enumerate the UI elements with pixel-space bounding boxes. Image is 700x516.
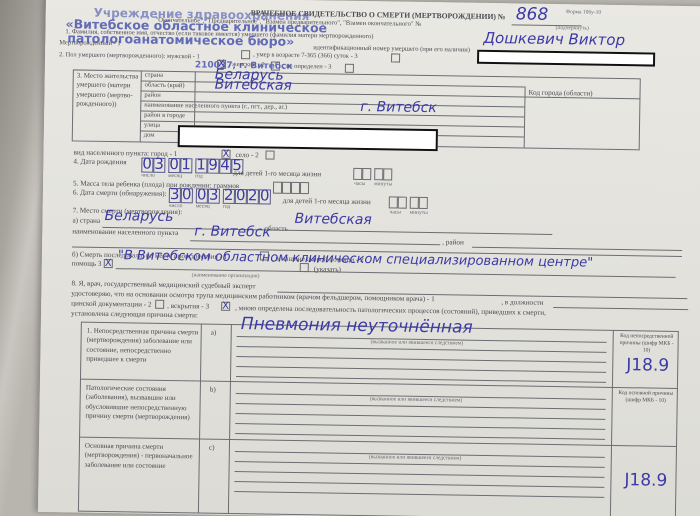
death-minutes-box-2[interactable] — [419, 197, 428, 209]
residence-row-label-1: область (край) — [145, 83, 185, 90]
residence-row-label-4: район в городе — [144, 113, 185, 120]
stillborn-label: Мертворожденный - 1 — [59, 40, 120, 47]
death-settlement-value: г. Витебск — [194, 224, 271, 239]
death-hours-box-2[interactable] — [398, 197, 407, 209]
birth-minutes-box-1[interactable] — [374, 168, 383, 180]
death-infant-label: для детей 1-го месяца жизни — [283, 198, 371, 207]
birth-date-digit-box[interactable]: 1 — [180, 158, 192, 173]
residence-section-label: 3. Место жительства умершего (матери уме… — [76, 71, 139, 110]
birth-date-digit-box[interactable]: 9 — [207, 159, 219, 174]
cause-code-label-1: Код основной причины (шифр МКБ - 10) — [615, 390, 677, 405]
birth-date-sub-label: число — [141, 174, 155, 180]
certificate-number: 868 — [516, 6, 549, 24]
death-date-digit-box[interactable]: 2 — [247, 189, 259, 204]
residence-row-label-2: район — [144, 93, 160, 100]
death-country-label: а) страна — [72, 217, 100, 225]
birth-minutes-box-2[interactable] — [383, 168, 392, 180]
mass-box-2[interactable] — [282, 182, 291, 194]
cause-letter-2: c) — [209, 445, 215, 452]
birth-date-digit: 0 — [142, 157, 152, 172]
birth-hours-box-2[interactable] — [362, 168, 371, 180]
certification-line-3: цинской документации - 2 — [71, 300, 151, 308]
mass-box-1[interactable] — [273, 182, 282, 194]
sex-label: 2. Пол умершего (мертворожденного): мужс… — [59, 52, 200, 61]
birth-infant-label: для детей 1-го месяца жизни — [233, 170, 321, 179]
death-date-label: 6. Дата смерти (обнаружения): — [73, 189, 167, 198]
cause-letter-1: b) — [210, 387, 216, 394]
death-date-digit: 2 — [224, 188, 234, 203]
death-date-digit: 3 — [209, 188, 219, 203]
birth-date-boxes: 03число01месяц1945год — [46, 0, 700, 7]
residence-row-label-5: улица — [144, 123, 160, 130]
death-organization-value: "В Витебском областном клиническом специ… — [118, 249, 593, 269]
stillborn-checkbox[interactable] — [241, 50, 250, 59]
death-hours-box-1[interactable] — [389, 196, 398, 208]
death-date-boxes: 30число03месяц2020год — [46, 0, 700, 7]
death-date-digit: 2 — [248, 188, 258, 203]
hospital-checkbox[interactable] — [104, 259, 113, 268]
cause-description-0: 1. Непосредственная причина смерти (мерт… — [86, 327, 199, 367]
village-checkbox[interactable] — [265, 150, 274, 159]
sex-undetermined-label: , не определен - 3 — [283, 64, 332, 71]
hospital-label: помощь 3 — [72, 260, 102, 268]
form-code: Форма 106у-10 — [566, 10, 601, 16]
death-date-digit-box[interactable]: 0 — [196, 188, 208, 203]
cause-description-2: Основная причина смерти (мертворождения)… — [85, 442, 197, 472]
other-place-checkbox[interactable] — [300, 263, 309, 272]
death-hours-label: часы — [390, 210, 401, 216]
specify-hint: (указать) — [314, 266, 341, 274]
death-date-digit-box[interactable]: 0 — [259, 189, 271, 204]
death-date-sub-label: год — [223, 205, 231, 211]
cause-icd-code-0: J18.9 — [626, 357, 669, 375]
death-date-digit-box[interactable]: 3 — [169, 188, 181, 203]
death-date-digit: 3 — [170, 187, 180, 202]
death-date-digit: 0 — [236, 188, 246, 203]
city-code-label: Код города (области) — [528, 90, 592, 98]
death-certificate-paper: Форма 106у-10 Учреждение здравоохранения… — [38, 0, 700, 516]
cause-letter-0: а) — [211, 330, 217, 337]
death-date-digit-box[interactable]: 3 — [208, 189, 220, 204]
birth-date-digit: 0 — [169, 157, 179, 172]
deceased-name: Дошкевич Виктор — [483, 31, 625, 48]
residence-row-label-0: страна — [145, 73, 163, 80]
cause-icd-code-2: J18.9 — [624, 472, 667, 490]
birth-date-label: 4. Дата рождения — [73, 158, 126, 166]
residence-rows: странаБеларусьобласть (край)Витебскаярай… — [46, 0, 700, 7]
redacted-id-number — [477, 50, 655, 67]
death-country-value: Беларусь — [104, 209, 173, 224]
residence-row-value-3: г. Витебск — [360, 100, 437, 115]
birth-date-digit-box[interactable]: 4 — [219, 159, 231, 174]
cause-description-1: Патологические состояния (заболевания), … — [85, 384, 198, 424]
birth-date-digit-box[interactable]: 0 — [168, 158, 180, 173]
birth-date-digit-box[interactable]: 0 — [141, 158, 153, 173]
birth-date-digit: 1 — [196, 157, 206, 172]
birth-date-sub-label: месяц — [168, 174, 182, 180]
death-minutes-box-1[interactable] — [410, 197, 419, 209]
birth-date-digit-box[interactable]: 1 — [195, 158, 207, 173]
death-date-digit-box[interactable]: 0 — [235, 189, 247, 204]
position-label: , в должности — [501, 299, 543, 307]
death-date-digit: 0 — [182, 187, 192, 202]
death-date-digit: 0 — [260, 188, 270, 203]
organization-hint: (наименование организации) — [192, 273, 260, 280]
residence-row-label-6: дом — [144, 133, 155, 140]
birth-date-digit: 1 — [181, 157, 191, 172]
mass-box-3[interactable] — [291, 182, 300, 194]
residence-row-value-1: Витебская — [215, 78, 292, 93]
sex-undetermined-checkbox[interactable] — [345, 64, 354, 73]
death-settlement-label: наименование населенного пункта — [72, 228, 178, 237]
medical-records-checkbox[interactable] — [155, 300, 164, 309]
birth-date-digit: 4 — [220, 158, 230, 173]
autopsy-checkbox[interactable] — [221, 302, 230, 311]
death-region-value: Витебская — [294, 212, 371, 227]
birth-date-digit-box[interactable]: 3 — [153, 158, 165, 173]
age-label: , умер в возрасте 7-365 (366) суток - 3 — [253, 52, 358, 60]
death-date-digit-box[interactable]: 2 — [223, 189, 235, 204]
birth-hours-box-1[interactable] — [353, 168, 362, 180]
age-7-365-checkbox[interactable] — [391, 53, 400, 62]
birth-date-digit: 3 — [154, 157, 164, 172]
death-date-sub-label: месяц — [196, 204, 210, 210]
death-date-digit-box[interactable]: 0 — [181, 188, 193, 203]
death-minutes-label: минуты — [410, 211, 428, 217]
autopsy-label: , вскрытия - 3 — [167, 303, 209, 311]
birth-minutes-label: минуты — [374, 182, 392, 188]
certification-line-4: установлена следующая причина смерти: — [71, 310, 198, 319]
redacted-address — [178, 125, 438, 151]
death-district-label: , район — [442, 239, 464, 247]
cause-code-label-0: Код непосредственной причины (шифр МКБ -… — [615, 333, 677, 355]
causes-rows: 1. Непосредственная причина смерти (мерт… — [46, 0, 700, 7]
birth-hours-label: часы — [354, 182, 365, 188]
cause-value-0: Пневмония неуточнённая — [241, 316, 473, 337]
mass-box-4[interactable] — [300, 182, 309, 194]
birth-date-digit: 9 — [208, 158, 218, 173]
death-date-digit: 0 — [197, 187, 207, 202]
birth-date-sub-label: год — [195, 174, 203, 180]
